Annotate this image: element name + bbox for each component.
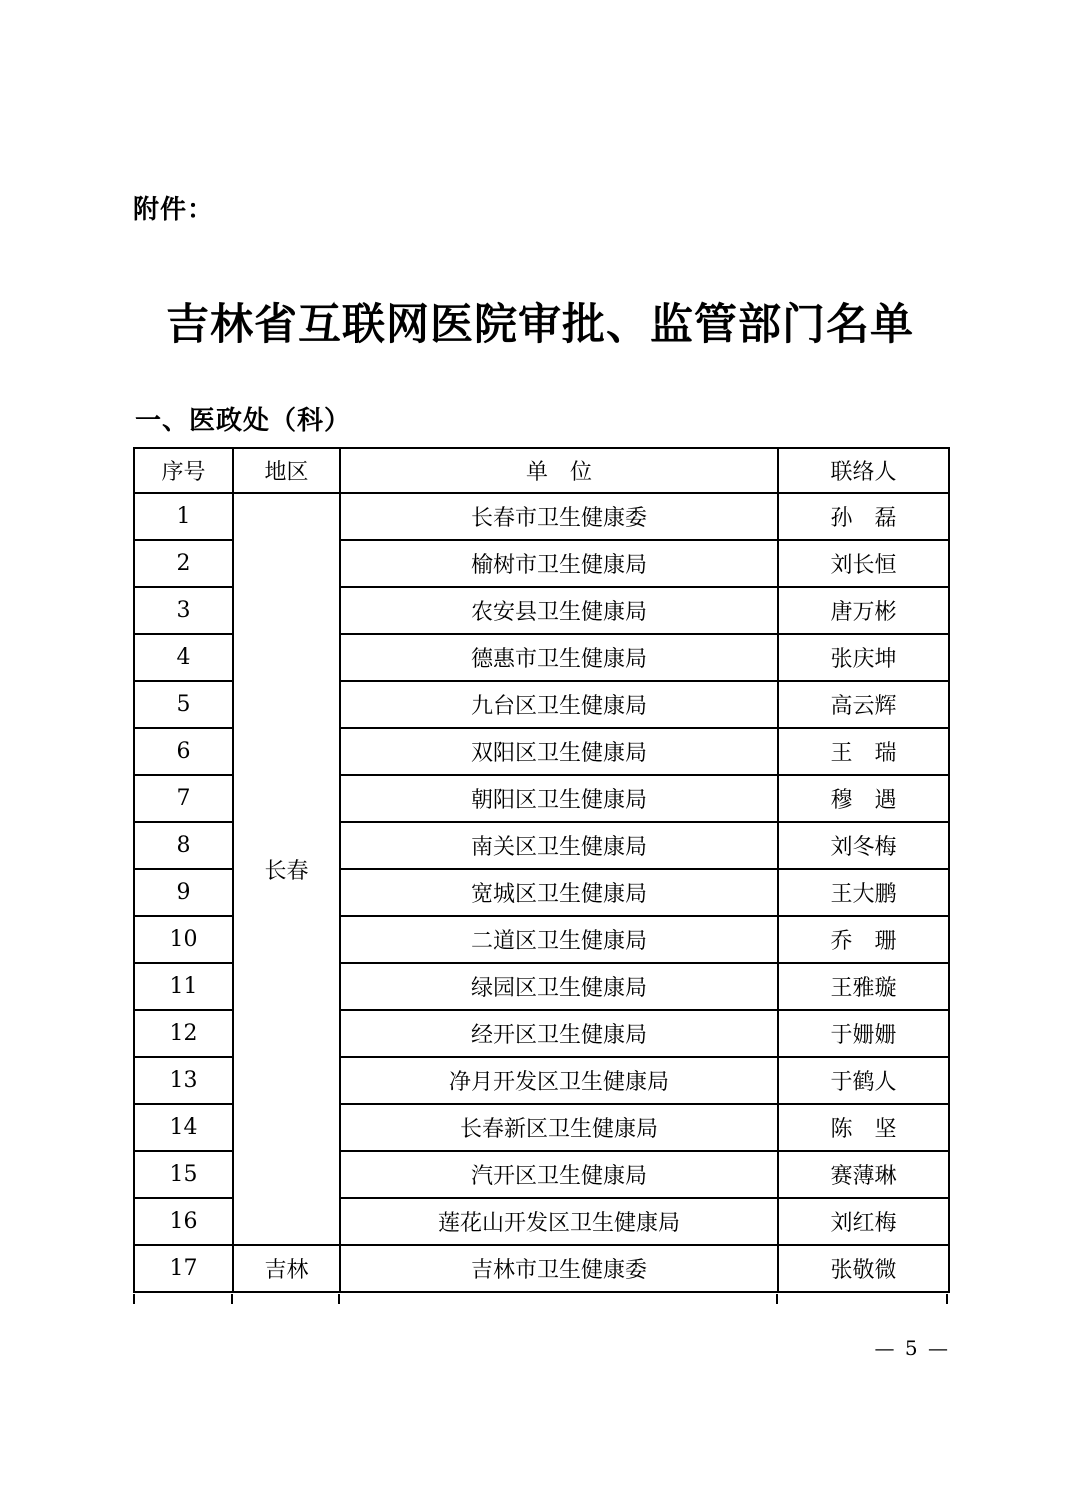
col-header-unit: 单 位 xyxy=(340,448,778,493)
col-header-region: 地区 xyxy=(233,448,340,493)
contact-cell: 穆 遇 xyxy=(778,775,949,822)
unit-cell: 长春市卫生健康委 xyxy=(340,493,778,540)
contact-cell: 赛薄琳 xyxy=(778,1151,949,1198)
row-index-cell: 1 xyxy=(134,493,233,540)
contact-cell: 高云辉 xyxy=(778,681,949,728)
table-header-row: 序号 地区 单 位 联络人 xyxy=(134,448,949,493)
unit-cell: 吉林市卫生健康委 xyxy=(340,1245,778,1292)
table-row: 17 吉林 吉林市卫生健康委 张敬微 xyxy=(134,1245,949,1292)
row-index-cell: 17 xyxy=(134,1245,233,1292)
contact-cell: 刘冬梅 xyxy=(778,822,949,869)
contact-cell: 孙 磊 xyxy=(778,493,949,540)
contact-cell: 于鹤人 xyxy=(778,1057,949,1104)
document-title: 吉林省互联网医院审批、监管部门名单 xyxy=(0,291,1080,352)
unit-cell: 长春新区卫生健康局 xyxy=(340,1104,778,1151)
row-index-cell: 9 xyxy=(134,869,233,916)
contact-cell: 乔 珊 xyxy=(778,916,949,963)
col-header-contact: 联络人 xyxy=(778,448,949,493)
region-cell-jilin: 吉林 xyxy=(233,1245,340,1292)
contact-cell: 于姗姗 xyxy=(778,1010,949,1057)
row-index-cell: 6 xyxy=(134,728,233,775)
row-index-cell: 16 xyxy=(134,1198,233,1245)
contact-cell: 张敬微 xyxy=(778,1245,949,1292)
unit-cell: 二道区卫生健康局 xyxy=(340,916,778,963)
unit-cell: 德惠市卫生健康局 xyxy=(340,634,778,681)
row-index-cell: 8 xyxy=(134,822,233,869)
unit-cell: 宽城区卫生健康局 xyxy=(340,869,778,916)
contact-cell: 王雅璇 xyxy=(778,963,949,1010)
contact-cell: 刘红梅 xyxy=(778,1198,949,1245)
row-index-cell: 2 xyxy=(134,540,233,587)
unit-cell: 净月开发区卫生健康局 xyxy=(340,1057,778,1104)
unit-cell: 九台区卫生健康局 xyxy=(340,681,778,728)
table-pagebreak-stub xyxy=(776,1294,778,1304)
unit-cell: 双阳区卫生健康局 xyxy=(340,728,778,775)
departments-table: 序号 地区 单 位 联络人 1 长春 长春市卫生健康委 孙 磊 2 榆树市卫生健… xyxy=(133,447,950,1293)
row-index-cell: 10 xyxy=(134,916,233,963)
region-cell-changchun: 长春 xyxy=(233,493,340,1245)
row-index-cell: 7 xyxy=(134,775,233,822)
attachment-label: 附件： xyxy=(133,189,214,226)
contact-cell: 唐万彬 xyxy=(778,587,949,634)
row-index-cell: 13 xyxy=(134,1057,233,1104)
unit-cell: 经开区卫生健康局 xyxy=(340,1010,778,1057)
unit-cell: 南关区卫生健康局 xyxy=(340,822,778,869)
unit-cell: 榆树市卫生健康局 xyxy=(340,540,778,587)
row-index-cell: 3 xyxy=(134,587,233,634)
row-index-cell: 12 xyxy=(134,1010,233,1057)
unit-cell: 莲花山开发区卫生健康局 xyxy=(340,1198,778,1245)
contact-cell: 刘长恒 xyxy=(778,540,949,587)
table-pagebreak-stub xyxy=(338,1294,340,1304)
table-row: 1 长春 长春市卫生健康委 孙 磊 xyxy=(134,493,949,540)
section-heading: 一、医政处（科） xyxy=(135,400,351,437)
unit-cell: 汽开区卫生健康局 xyxy=(340,1151,778,1198)
col-header-index: 序号 xyxy=(134,448,233,493)
row-index-cell: 5 xyxy=(134,681,233,728)
contact-cell: 陈 坚 xyxy=(778,1104,949,1151)
page-number: — 5 — xyxy=(875,1336,950,1360)
table-pagebreak-stub xyxy=(946,1294,948,1304)
contact-cell: 张庆坤 xyxy=(778,634,949,681)
unit-cell: 绿园区卫生健康局 xyxy=(340,963,778,1010)
table-pagebreak-stub xyxy=(133,1294,135,1304)
contact-cell: 王 瑞 xyxy=(778,728,949,775)
document-page: 附件： 吉林省互联网医院审批、监管部门名单 一、医政处（科） 序号 地区 单 位… xyxy=(0,0,1080,1502)
table-pagebreak-stub xyxy=(231,1294,233,1304)
row-index-cell: 4 xyxy=(134,634,233,681)
row-index-cell: 15 xyxy=(134,1151,233,1198)
contact-cell: 王大鹏 xyxy=(778,869,949,916)
row-index-cell: 11 xyxy=(134,963,233,1010)
row-index-cell: 14 xyxy=(134,1104,233,1151)
unit-cell: 朝阳区卫生健康局 xyxy=(340,775,778,822)
unit-cell: 农安县卫生健康局 xyxy=(340,587,778,634)
